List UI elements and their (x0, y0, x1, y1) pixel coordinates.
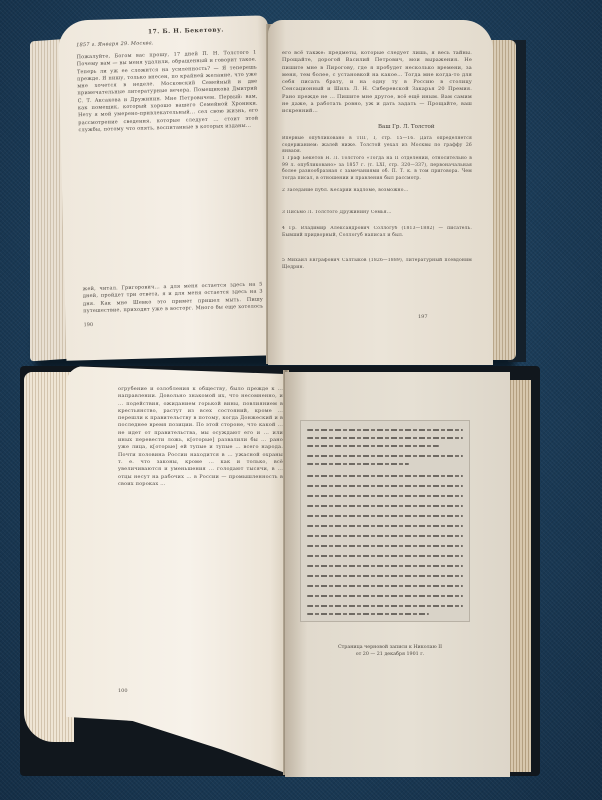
signature: Ваш Гр. Л. Толстой (378, 124, 435, 130)
footnote-intro: Впервые опубликовано в ТПГ, I, стр. 15—1… (282, 136, 472, 152)
letter-body: Пожалуйте, Богом вас прошу, 17 дней П. Н… (76, 50, 262, 287)
top-book-right-page: его всё также: предметы, которые следует… (268, 20, 493, 365)
page-number: 197 (418, 314, 428, 320)
page-body: огрубение и озлобления к обществу, было … (118, 386, 283, 686)
running-head: 17. Б. Н. Бекетову. (148, 26, 224, 35)
footnote: 5 Михаил Евграфович Салтыков (1826—1889)… (282, 258, 472, 308)
footnote: 2 Заседание публ. Кесарии надломе, возмо… (282, 188, 472, 208)
footnote: 1 Граф Бекетов Н. Л. Толстого «Тогда на … (282, 156, 472, 186)
page-number: 100 (118, 688, 128, 694)
bottom-book-left-page: огрубение и озлобления к обществу, было … (66, 366, 288, 774)
letter-body-end: жей, читал. Григорович... а для меня ост… (83, 282, 264, 317)
manuscript-facsimile (300, 420, 470, 622)
page-number: 190 (83, 322, 93, 328)
footnote: 4 Гр. Владимир Александрович Соллогуб (1… (282, 226, 472, 256)
footnote: 3 Письмо Л. Толстого Дружинину Семья... (282, 210, 472, 224)
top-book-left-page: 17. Б. Н. Бекетову. 1857 г. Января 29. М… (58, 15, 277, 360)
photo-scene: 17. Б. Н. Бекетову. 1857 г. Января 29. М… (0, 0, 602, 800)
caption-line-2: от 20 — 21 декабря 1901 г. (320, 651, 460, 658)
letter-body: его всё также: предметы, которые следует… (282, 50, 472, 122)
facsimile-caption: Страница черновой записи к Николаю II от… (320, 644, 460, 658)
caption-line-1: Страница черновой записи к Николаю II (320, 644, 460, 651)
